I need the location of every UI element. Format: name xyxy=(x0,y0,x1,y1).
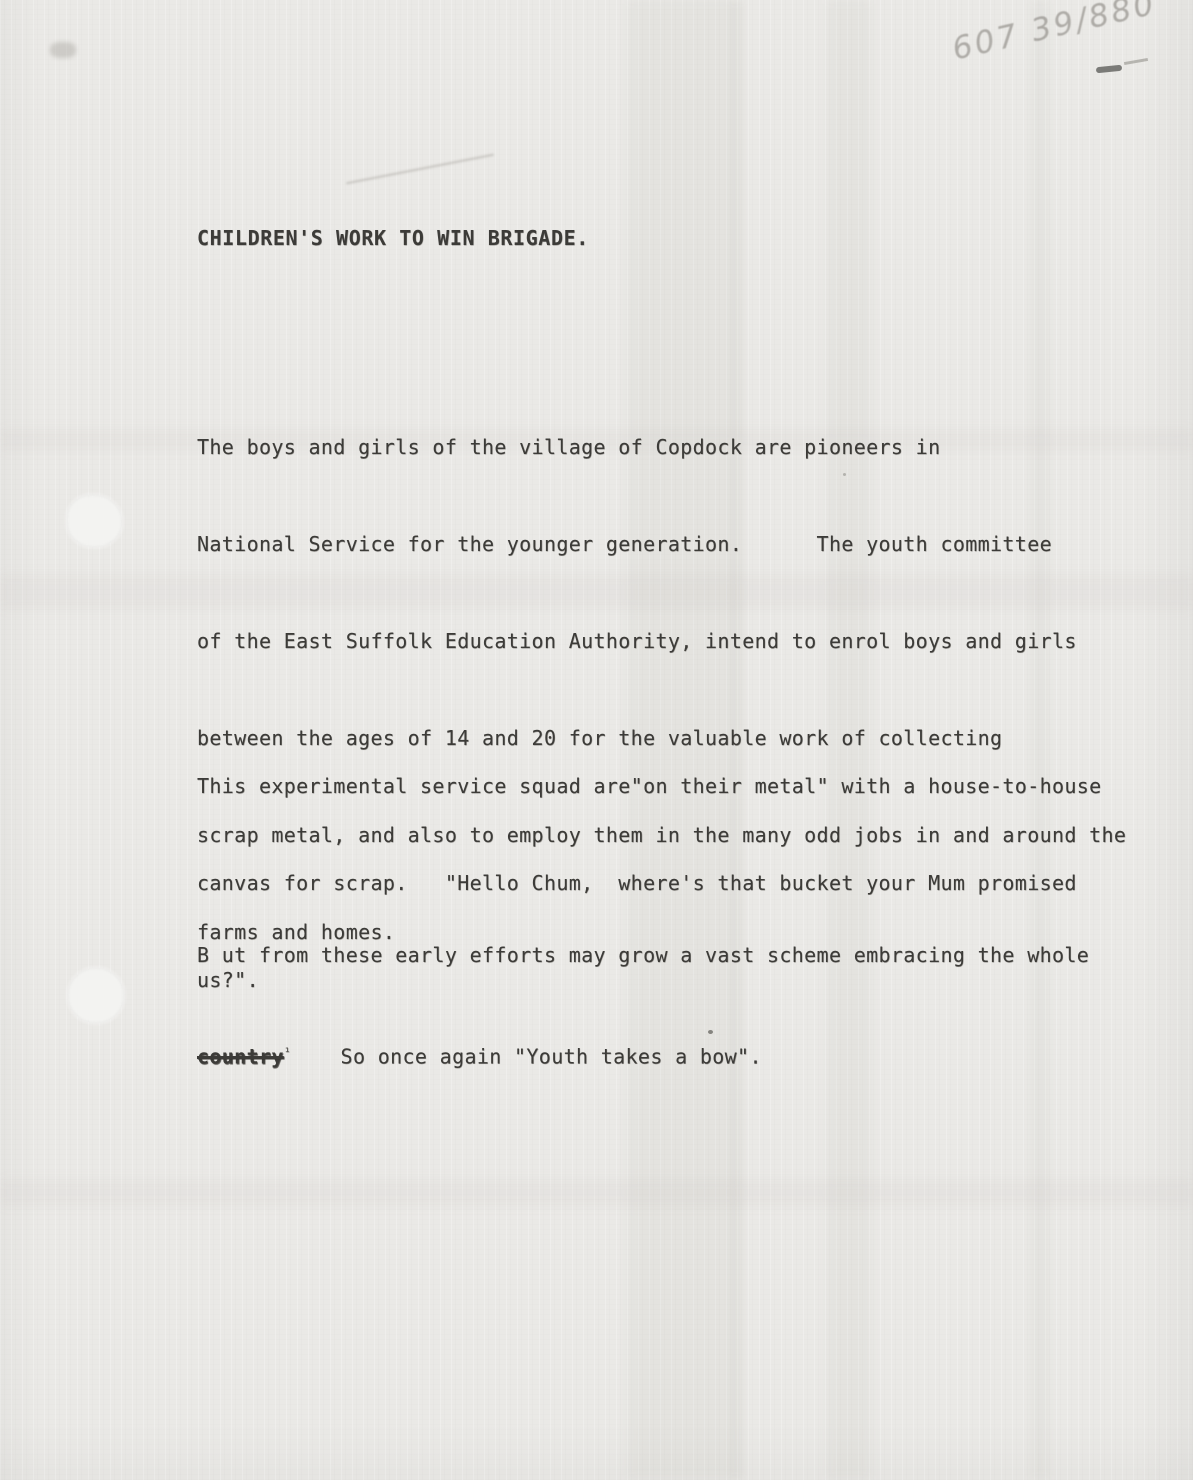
pencil-smudge xyxy=(50,42,76,58)
text-line: National Service for the younger generat… xyxy=(197,520,1126,569)
hole-punch xyxy=(67,495,122,547)
text-line-rest: So once again "Youth takes a bow". xyxy=(291,1045,762,1069)
text-line: country¹ So once again "Youth takes a bo… xyxy=(197,1028,1089,1082)
fold-crease xyxy=(346,154,494,185)
pencil-dash-mark xyxy=(1096,65,1122,74)
paragraph-3: B ut from these early efforts may grow a… xyxy=(197,883,1089,1130)
text-line: B ut from these early efforts may grow a… xyxy=(197,931,1089,980)
document-title: CHILDREN'S WORK TO WIN BRIGADE. xyxy=(197,226,589,250)
pencil-dash-mark xyxy=(1124,58,1148,65)
text-line: of the East Suffolk Education Authority,… xyxy=(197,617,1126,666)
scanned-document-page: 607 39/880 CHILDREN'S WORK TO WIN BRIGAD… xyxy=(0,0,1193,1480)
text-line: The boys and girls of the village of Cop… xyxy=(197,423,1126,472)
text-line: This experimental service squad are"on t… xyxy=(197,762,1102,811)
paper-band xyxy=(0,1180,1193,1206)
insertion-mark: ¹ xyxy=(284,1045,291,1059)
hole-punch xyxy=(68,968,124,1023)
struck-through-word: country xyxy=(197,1045,284,1069)
